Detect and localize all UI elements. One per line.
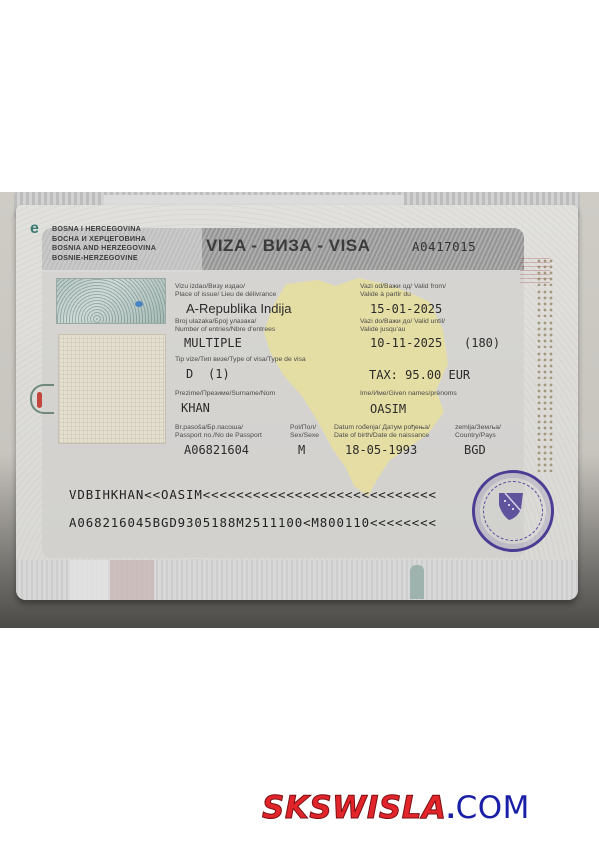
page-band-teal [410,565,424,599]
holder-photo [58,334,166,444]
visa-serial-number: A0417015 [412,239,476,254]
surname-label: Prezime/Презиме/Surname/Nom [175,390,275,398]
entries-label: Broj ulazaka/Број улазака/ Number of ent… [175,318,275,335]
valid-until-label: Vazi do/Важи до/ Valid until/ Valide jus… [360,318,445,335]
mrz-line-1: VDBIHKHAN<<OASIM<<<<<<<<<<<<<<<<<<<<<<<<… [69,487,437,502]
passport-no-value: A06821604 [184,443,249,457]
country-value: BGD [464,443,486,457]
watermark-logo: SKSWISLA.COM [262,790,530,826]
emblem-icon [30,384,54,414]
perforated-number [532,258,558,478]
entries-value: MULTIPLE [184,336,242,350]
place-of-issue-label: Vizu izdao/Визу издао/ Place of issue/ L… [175,283,276,300]
type-of-visa-extra: (1) [208,367,230,381]
date-of-birth-label: Datum rođenja/ Датум рођења/ Date of bir… [334,424,430,441]
tax-value: TAX: 95.00 EUR [369,368,470,382]
date-of-birth-value: 18-05-1993 [345,443,417,457]
place-of-issue-value: A-Republika Indija [186,301,292,316]
given-names-value: OASIM [370,402,406,416]
watermark-brand: SKSWISLA [262,790,446,826]
valid-until-duration: (180) [464,336,500,350]
country-label: zemlja/Земља/ Country/Pays [455,424,501,441]
sex-value: M [298,443,305,457]
country-names: BOSNA I HERCEGOVINA БОСНА И ХЕРЦЕГОВИНА … [52,224,156,262]
type-of-visa-label: Tip vize/Тип визе/Type of visa/Type de v… [175,356,306,364]
official-stamp [472,470,554,552]
hologram [56,278,166,324]
valid-from-value: 15-01-2025 [370,302,442,316]
valid-from-label: Vazi od/Важи од/ Valid from/ Valide à pa… [360,283,446,300]
type-of-visa-value: D [186,367,193,381]
visa-title: VIZA - ВИЗА - VISA [206,236,370,256]
page-band-pink [110,560,154,600]
watermark-tld: COM [456,790,530,826]
passport-no-label: Br.pasoša/Бр.пасоша/ Passport no./No de … [175,424,262,441]
logo-icon: e [30,220,39,238]
surname-value: KHAN [181,401,210,415]
given-names-label: Ime/Име/Given names/prénoms [360,390,457,398]
page-band-light [70,560,108,600]
sex-label: Pol/Пол/ Sex/Sexe [290,424,319,441]
mrz-line-2: A068216045BGD9305188M2511100<M800110<<<<… [69,515,437,530]
coat-of-arms-icon [497,491,525,521]
valid-until-value: 10-11-2025 [370,336,442,350]
watermark-dot: . [446,790,455,825]
